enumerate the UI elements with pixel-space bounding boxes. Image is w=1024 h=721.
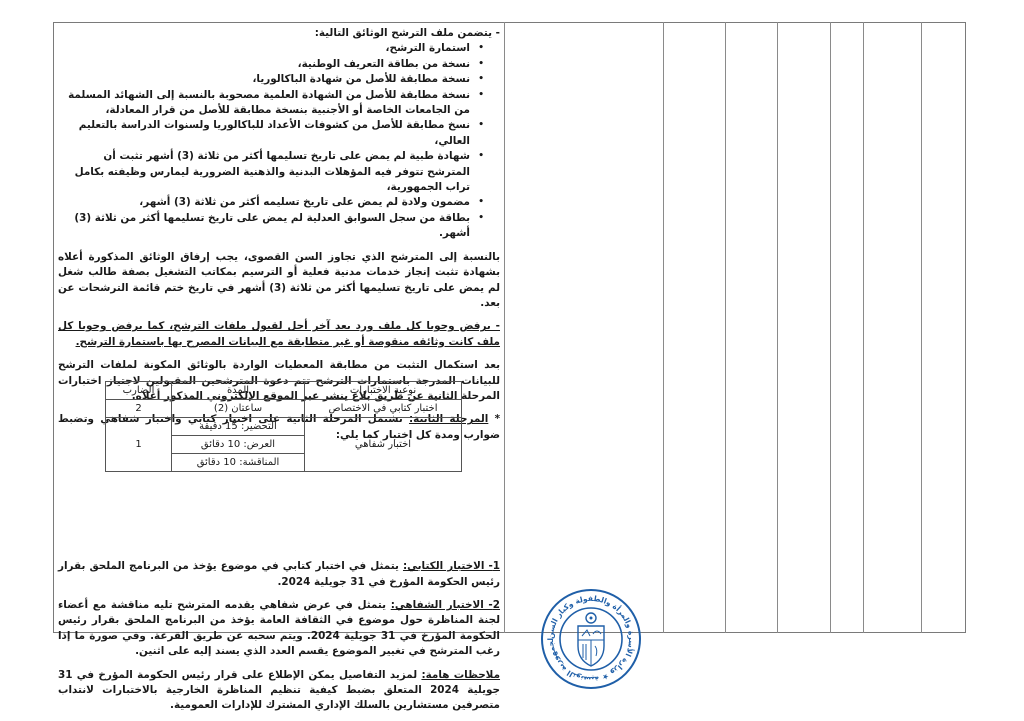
cell-duration: العرض: 10 دقائق (172, 436, 305, 454)
notes-label: ملاحظات هامة: (421, 669, 500, 681)
list-item: نسخ مطابقة للأصل من كشوفات الأعداد للباك… (58, 118, 484, 149)
stamp-seal-icon: الجمهورية التونسية ★ وزارة الأسرة والمرأ… (540, 588, 642, 690)
cell-duration: ساعتان (2) (172, 400, 305, 418)
table-row: اختبار كتابي في الاختصاص ساعتان (2) 2 (106, 400, 462, 418)
header-exam-type: نوعية الاختبارات (305, 382, 462, 400)
cell-exam-type: اختبار كتابي في الاختصاص (305, 400, 462, 418)
grid-column-divider (663, 22, 664, 633)
grid-column-divider (830, 22, 831, 633)
cell-duration: التحضير: 15 دقيقة (172, 418, 305, 436)
oral-exam-paragraph: 2- الاختبار الشفاهي: يتمثل في عرض شفاهي … (58, 598, 500, 660)
grid-column-divider (777, 22, 778, 633)
grid-column-divider (504, 22, 505, 633)
header-coefficient: الضارب (106, 382, 172, 400)
list-item: نسخة من بطاقة التعريف الوطنية، (58, 57, 484, 72)
list-item: نسخة مطابقة للأصل من شهادة الباكالوريا، (58, 72, 484, 87)
required-documents-list: استمارة الترشح، نسخة من بطاقة التعريف ال… (58, 41, 500, 241)
rejection-paragraph: - يرفض وجوبا كل ملف ورد بعد آخر أجل لقبو… (58, 319, 500, 350)
exams-table: نوعية الاختبارات المدة الضارب اختبار كتا… (105, 381, 462, 472)
cell-exam-type: اختبار شفاهي (305, 418, 462, 472)
official-stamp: الجمهورية التونسية ★ وزارة الأسرة والمرأ… (540, 588, 642, 690)
table-header-row: نوعية الاختبارات المدة الضارب (106, 382, 462, 400)
written-exam-paragraph: 1- الاختبار الكتابي: يتمثل في اختبار كتا… (58, 559, 500, 590)
list-item: استمارة الترشح، (58, 41, 484, 56)
oral-exam-label: 2- الاختبار الشفاهي: (391, 599, 500, 611)
documents-intro: - يتضمن ملف الترشح الوثائق التالية: (58, 26, 500, 41)
list-item: شهادة طبية لم يمض على تاريخ تسليمها أكثر… (58, 149, 484, 195)
cell-duration: المناقشة: 10 دقائق (172, 454, 305, 472)
notes-paragraph: ملاحظات هامة: لمزيد التفاصيل يمكن الإطلا… (58, 668, 500, 714)
cell-coefficient: 2 (106, 400, 172, 418)
header-duration: المدة (172, 382, 305, 400)
grid-column-divider (921, 22, 922, 633)
table-row: اختبار شفاهي التحضير: 15 دقيقة 1 (106, 418, 462, 436)
list-item: مضمون ولادة لم يمض على تاريخ تسليمه أكثر… (58, 195, 484, 210)
grid-column-divider (725, 22, 726, 633)
list-item: نسخة مطابقة للأصل من الشهادة العلمية مصح… (58, 88, 484, 119)
written-exam-label: 1- الاختبار الكتابي: (403, 560, 500, 572)
phase-two-prefix: * (488, 413, 500, 425)
grid-column-divider (863, 22, 864, 633)
list-item: بطاقة من سجل السوابق العدلية لم يمض على … (58, 211, 484, 242)
age-limit-paragraph: بالنسبة إلى المترشح الذي تجاوز السن القص… (58, 250, 500, 312)
document-text-column: - يتضمن ملف الترشح الوثائق التالية: استم… (58, 26, 500, 714)
cell-coefficient: 1 (106, 418, 172, 472)
